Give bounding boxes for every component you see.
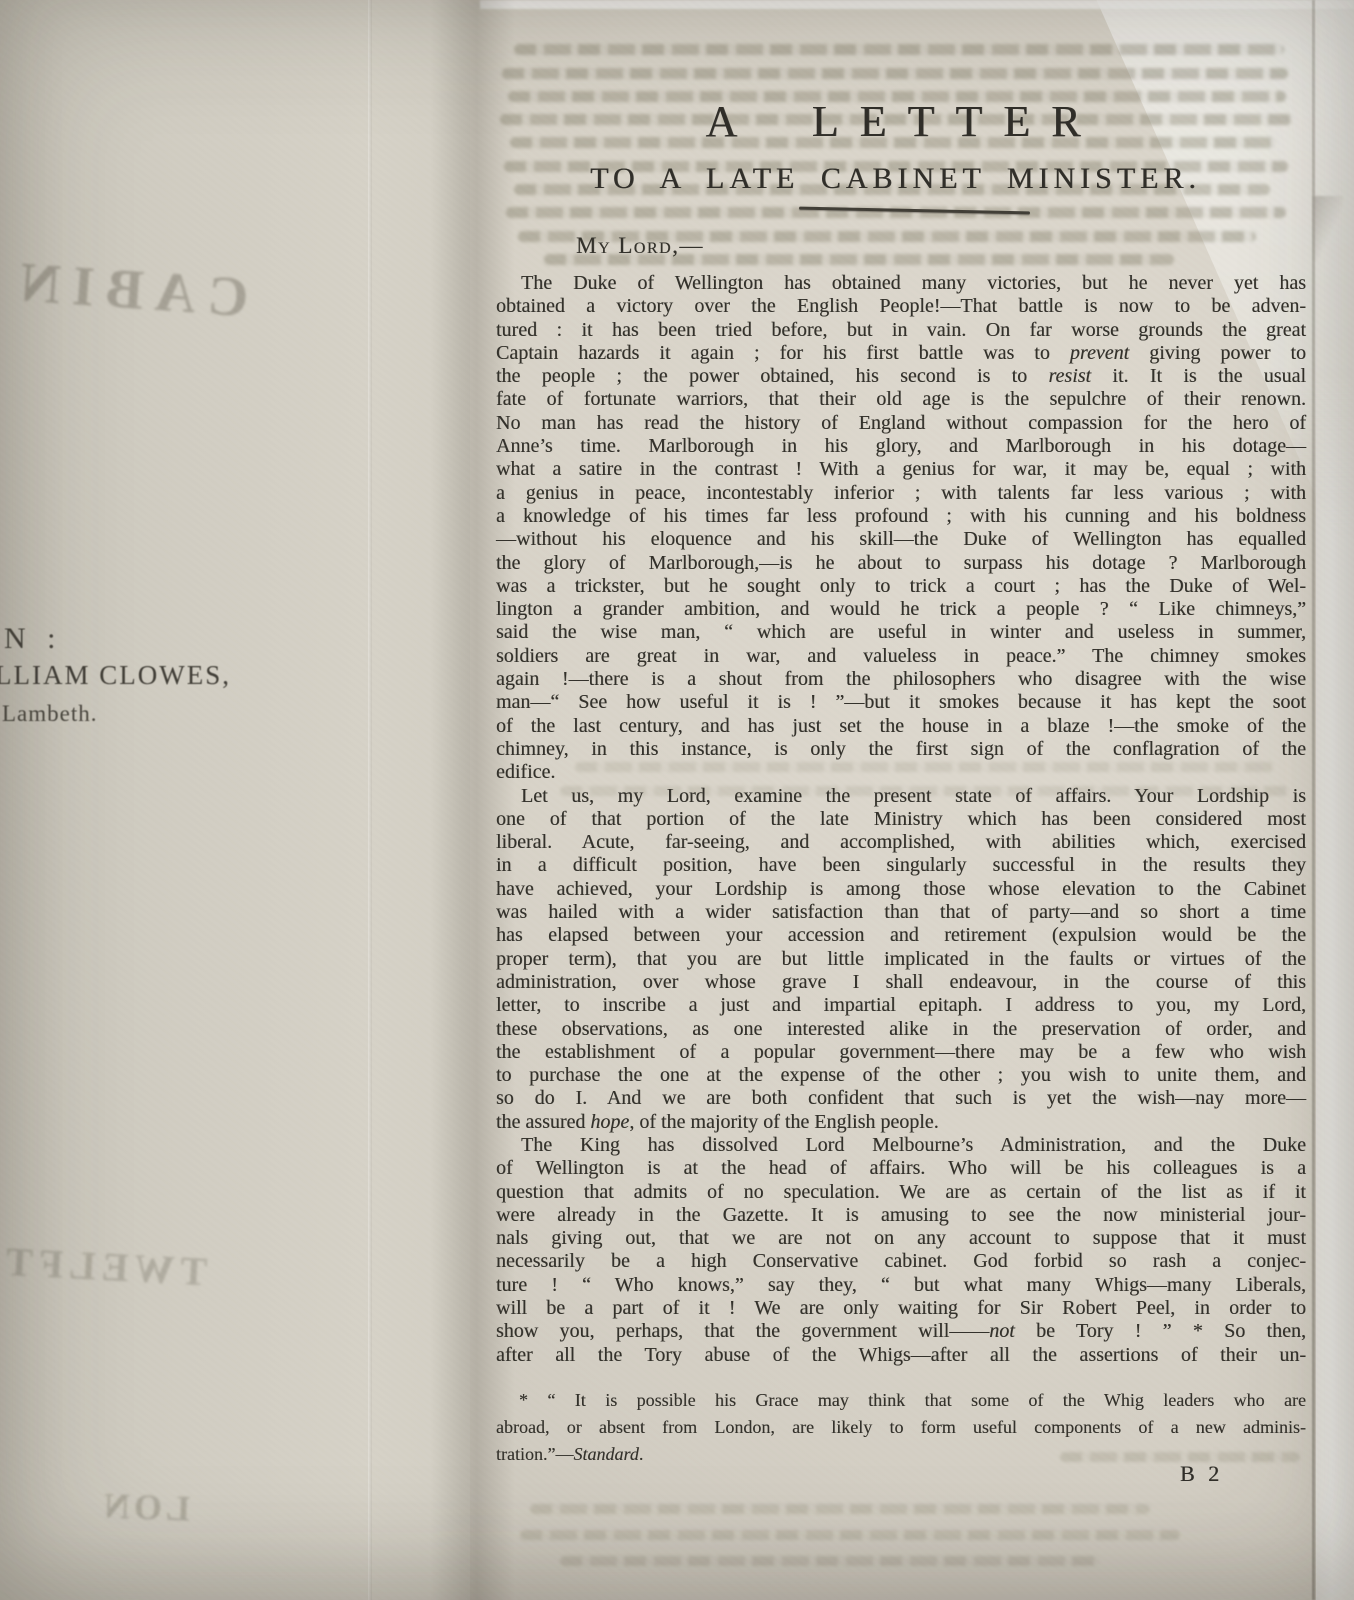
body-text: The Duke of Wellington has obtained many… [496, 272, 1306, 1367]
text-line: have achieved, your Lordship is among th… [496, 878, 1306, 901]
text-line: —without his eloquence and his skill—the… [496, 528, 1306, 551]
showthrough-line [520, 1530, 1180, 1540]
top-page-edge [480, 0, 1354, 9]
text-line: said the wise man, “ which are useful in… [496, 621, 1306, 644]
text-line: edifice. [496, 761, 1306, 784]
text-line: the people ; the power obtained, his sec… [496, 365, 1306, 388]
edge-tear-mark [1313, 196, 1343, 260]
imprint-line-london: N : [4, 622, 63, 656]
text-line: what a satire in the contrast ! With a g… [496, 458, 1306, 481]
text-line: ture ! “ Who knows,” say they, “ but wha… [496, 1274, 1306, 1297]
verso-fold-seam [368, 0, 372, 1600]
text-line: soldiers are great in war, and valueless… [496, 645, 1306, 668]
text-line: No man has read the history of England w… [496, 412, 1306, 435]
footnote-line: abroad, or absent from London, are likel… [496, 1414, 1306, 1441]
text-line: question that admits of no speculation. … [496, 1181, 1306, 1204]
page-title: A LETTER [470, 97, 1316, 147]
text-line: has elapsed between your accession and r… [496, 924, 1306, 947]
text-line: was hailed with a wider satisfaction tha… [496, 901, 1306, 924]
text-line: necessarily be a high Conservative cabin… [496, 1250, 1306, 1273]
text-line: one of that portion of the late Ministry… [496, 808, 1306, 831]
text-line: again !—there is a shout from the philos… [496, 668, 1306, 691]
imprint-line-printer: LLIAM CLOWES, [0, 660, 231, 691]
text-line: liberal. Acute, far-seeing, and accompli… [496, 831, 1306, 854]
signature-mark: B 2 [1180, 1461, 1223, 1487]
paragraph: The King has dissolved Lord Melbourne’s … [496, 1134, 1306, 1367]
text-line: Let us, my Lord, examine the present sta… [496, 785, 1306, 808]
text-line: the establishment of a popular governmen… [496, 1041, 1306, 1064]
imprint-line-lambeth: Lambeth. [2, 701, 98, 727]
verso-page-paper [0, 0, 470, 1600]
text-line: nals giving out, that we are not on any … [496, 1227, 1306, 1250]
text-line: these observations, as one interested al… [496, 1018, 1306, 1041]
text-line: a genius in peace, incontestably inferio… [496, 482, 1306, 505]
page-subtitle: TO A LATE CABINET MINISTER. [470, 161, 1316, 197]
text-line: chimney, in this instance, is only the f… [496, 738, 1306, 761]
showthrough-line [560, 1556, 1100, 1566]
book-page-photo: CABIN TWELFT LON N : LLIAM CLOWES, Lambe… [0, 0, 1354, 1600]
showthrough-line [530, 1504, 1150, 1514]
showthrough-line [514, 44, 1284, 55]
heading-block: A LETTER TO A LATE CABINET MINISTER. [470, 97, 1316, 197]
text-line: of Wellington is at the head of affairs.… [496, 1157, 1306, 1180]
text-line: were already in the Gazette. It is amusi… [496, 1204, 1306, 1227]
text-line: will be a part of it ! We are only waiti… [496, 1297, 1306, 1320]
text-line: was a trickster, but he sought only to t… [496, 575, 1306, 598]
text-line: letter, to inscribe a just and impartial… [496, 994, 1306, 1017]
text-line: to purchase the one at the expense of th… [496, 1064, 1306, 1087]
text-line: The Duke of Wellington has obtained many… [496, 272, 1306, 295]
text-line: so do I. And we are both confident that … [496, 1087, 1306, 1110]
text-line: show you, perhaps, that the government w… [496, 1320, 1306, 1343]
showthrough-word-london: LON [99, 1484, 190, 1529]
text-line: man—“ See how useful it is ! ”—but it sm… [496, 691, 1306, 714]
paragraph: The Duke of Wellington has obtained many… [496, 272, 1306, 785]
showthrough-line [502, 68, 1288, 79]
footnote: * “ It is possible his Grace may think t… [496, 1387, 1306, 1468]
text-line: the assured hope, of the majority of the… [496, 1111, 1306, 1134]
text-line: lington a grander ambition, and would he… [496, 598, 1306, 621]
salutation: My Lord,— [576, 233, 1306, 259]
paragraph: Let us, my Lord, examine the present sta… [496, 785, 1306, 1134]
text-line: The King has dissolved Lord Melbourne’s … [496, 1134, 1306, 1157]
text-line: tured : it has been tried before, but in… [496, 319, 1306, 342]
text-line: proper term), that you are but little im… [496, 948, 1306, 971]
text-line: in a difficult position, have been singu… [496, 854, 1306, 877]
text-line: Captain hazards it again ; for his first… [496, 342, 1306, 365]
text-column: My Lord,— The Duke of Wellington has obt… [496, 233, 1306, 1468]
text-line: the glory of Marlborough,—is he about to… [496, 552, 1306, 575]
text-line: after all the Tory abuse of the Whigs—af… [496, 1344, 1306, 1367]
text-line: administration, over whose grave I shall… [496, 971, 1306, 994]
text-line: obtained a victory over the English Peop… [496, 295, 1306, 318]
text-line: of the last century, and has just set th… [496, 715, 1306, 738]
text-line: Anne’s time. Marlborough in his glory, a… [496, 435, 1306, 458]
footnote-line: * “ It is possible his Grace may think t… [496, 1387, 1306, 1414]
text-line: fate of fortunate warriors, that their o… [496, 388, 1306, 411]
text-line: a knowledge of his times far less profou… [496, 505, 1306, 528]
